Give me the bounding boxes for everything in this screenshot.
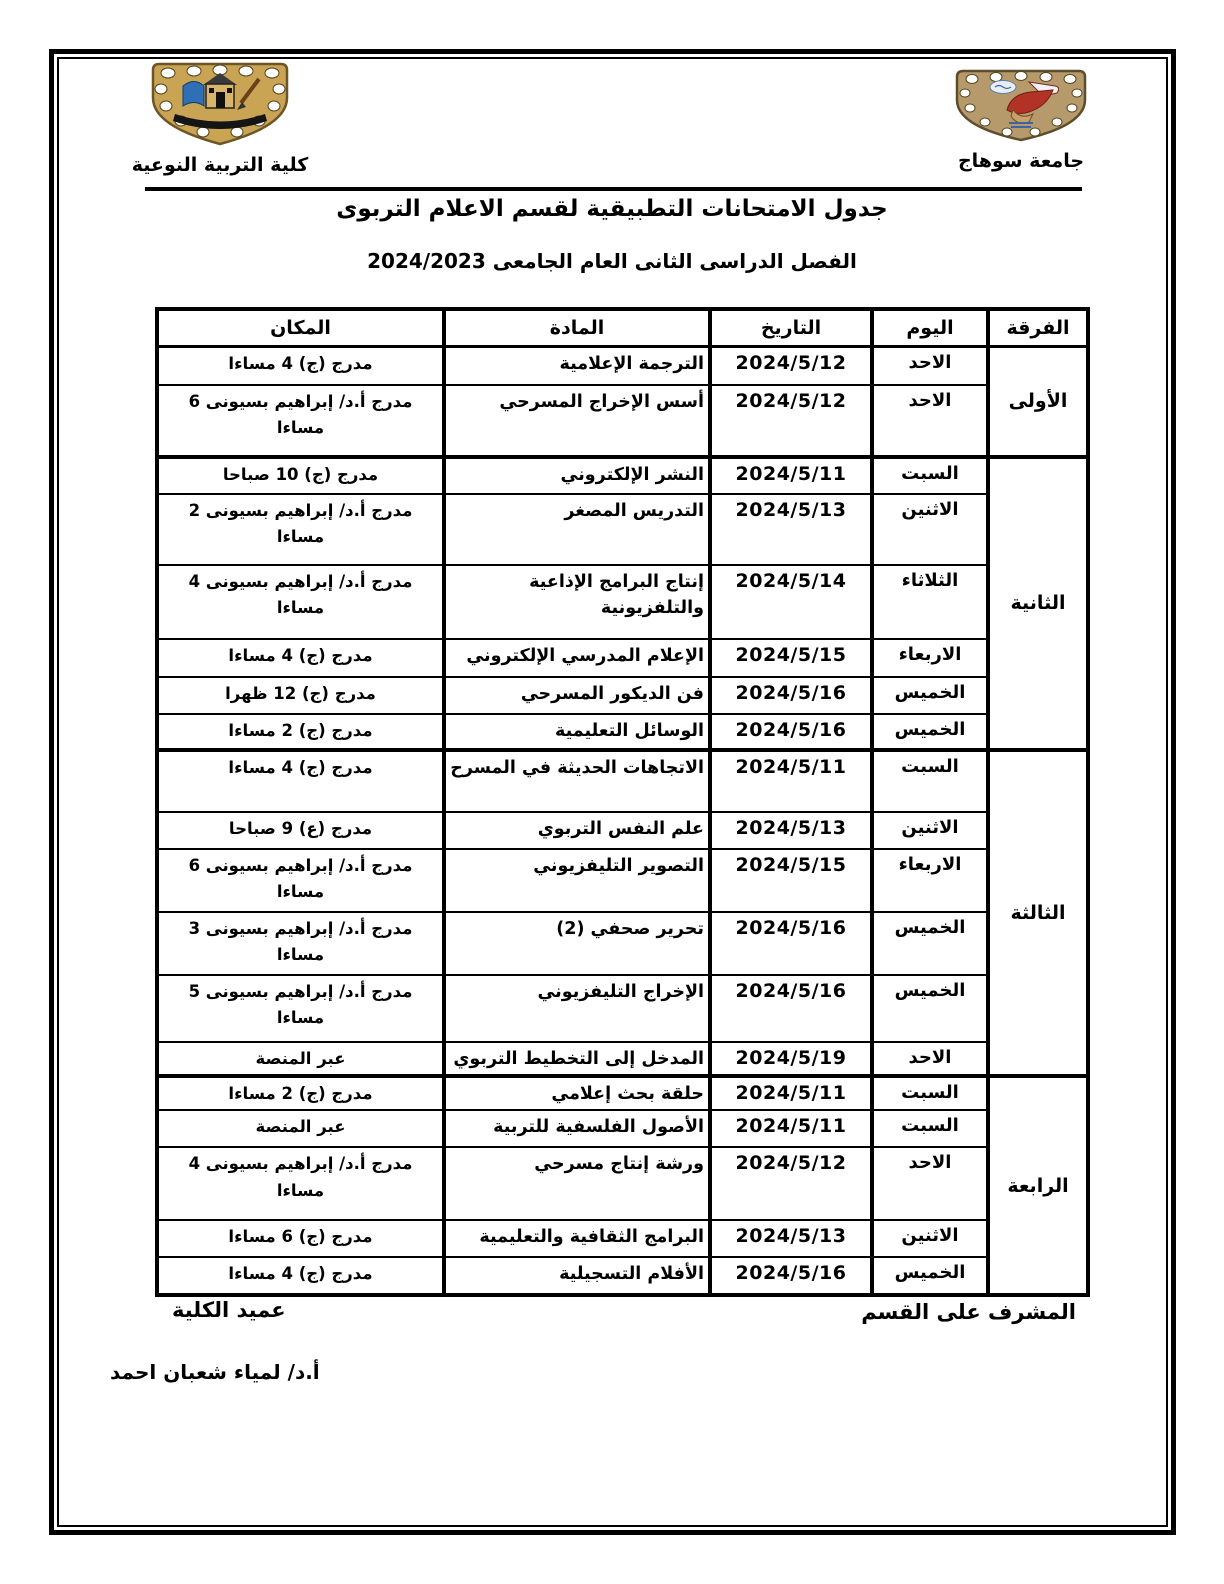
subject-cell: التصوير التليفزيوني xyxy=(444,849,710,912)
place-cell: مدرج (ج) 6 مساءا xyxy=(157,1220,444,1257)
table-row: الرابعة السبت 2024/5/11 حلقة بحث إعلامي … xyxy=(157,1076,1088,1110)
exam-schedule-table: الفرقة اليوم التاريخ المادة المكان الأول… xyxy=(155,307,1090,1297)
university-logo-icon xyxy=(951,66,1091,144)
dean-name: أ.د/ لمياء شعبان احمد xyxy=(110,1360,320,1384)
date-cell: 2024/5/12 xyxy=(710,1147,872,1220)
table-row: الثالثة السبت 2024/5/11 الاتجاهات الحديث… xyxy=(157,750,1088,812)
subject-cell: الإعلام المدرسي الإلكتروني xyxy=(444,639,710,677)
subject-cell: البرامج الثقافية والتعليمية xyxy=(444,1220,710,1257)
day-cell: السبت xyxy=(872,1076,988,1110)
day-cell: الاثنين xyxy=(872,494,988,565)
place-cell: مدرج (ج) 4 مساءا xyxy=(157,347,444,385)
place-cell: عبر المنصة xyxy=(157,1110,444,1147)
subject-cell: النشر الإلكتروني xyxy=(444,457,710,494)
place-cell: مدرج أ.د/ إبراهيم بسيونى 6 مساءا xyxy=(157,385,444,457)
year-cell: الرابعة xyxy=(988,1076,1088,1295)
faculty-block: كلية التربية النوعية xyxy=(108,58,332,176)
subject-cell: علم النفس التربوي xyxy=(444,812,710,849)
university-name: جامعة سوهاج xyxy=(946,150,1096,172)
col-header-year: الفرقة xyxy=(988,309,1088,347)
table-row: الأولى الاحد 2024/5/12 الترجمة الإعلامية… xyxy=(157,347,1088,385)
table-row: الخميس 2024/5/16 الوسائل التعليمية مدرج … xyxy=(157,714,1088,750)
subject-cell: المدخل إلى التخطيط التربوي xyxy=(444,1042,710,1076)
day-cell: الاحد xyxy=(872,347,988,385)
day-cell: الخميس xyxy=(872,975,988,1042)
header-divider xyxy=(145,187,1082,191)
table-row: الخميس 2024/5/16 فن الديكور المسرحي مدرج… xyxy=(157,677,1088,714)
document-page: كلية التربية النوعية جامعة سوهاج جدول ال xyxy=(0,0,1224,1584)
table-row: الاحد 2024/5/19 المدخل إلى التخطيط الترب… xyxy=(157,1042,1088,1076)
table-row: الخميس 2024/5/16 الأفلام التسجيلية مدرج … xyxy=(157,1257,1088,1295)
university-block: جامعة سوهاج xyxy=(946,66,1096,172)
date-cell: 2024/5/16 xyxy=(710,714,872,750)
day-cell: السبت xyxy=(872,457,988,494)
table-row: الاحد 2024/5/12 أسس الإخراج المسرحي مدرج… xyxy=(157,385,1088,457)
date-cell: 2024/5/13 xyxy=(710,812,872,849)
date-cell: 2024/5/15 xyxy=(710,849,872,912)
table-row: الاحد 2024/5/12 ورشة إنتاج مسرحي مدرج أ.… xyxy=(157,1147,1088,1220)
day-cell: الخميس xyxy=(872,714,988,750)
date-cell: 2024/5/16 xyxy=(710,975,872,1042)
table-row: الاربعاء 2024/5/15 الإعلام المدرسي الإلك… xyxy=(157,639,1088,677)
place-cell: مدرج (ج) 4 مساءا xyxy=(157,750,444,812)
date-cell: 2024/5/12 xyxy=(710,347,872,385)
date-cell: 2024/5/15 xyxy=(710,639,872,677)
place-cell: مدرج أ.د/ إبراهيم بسيونى 4 مساءا xyxy=(157,565,444,639)
place-cell: مدرج (ع) 9 صباحا xyxy=(157,812,444,849)
place-cell: مدرج (ج) 12 ظهرا xyxy=(157,677,444,714)
place-cell: مدرج (ج) 4 مساءا xyxy=(157,1257,444,1295)
subject-cell: الترجمة الإعلامية xyxy=(444,347,710,385)
table-row: الخميس 2024/5/16 الإخراج التليفزيوني مدر… xyxy=(157,975,1088,1042)
date-cell: 2024/5/16 xyxy=(710,912,872,975)
table-row: الاثنين 2024/5/13 البرامج الثقافية والتع… xyxy=(157,1220,1088,1257)
place-cell: مدرج أ.د/ إبراهيم بسيونى 5 مساءا xyxy=(157,975,444,1042)
date-cell: 2024/5/16 xyxy=(710,677,872,714)
table-row: الثانية السبت 2024/5/11 النشر الإلكتروني… xyxy=(157,457,1088,494)
place-cell: عبر المنصة xyxy=(157,1042,444,1076)
date-cell: 2024/5/13 xyxy=(710,1220,872,1257)
place-cell: مدرج أ.د/ إبراهيم بسيونى 6 مساءا xyxy=(157,849,444,912)
table-row: الاثنين 2024/5/13 علم النفس التربوي مدرج… xyxy=(157,812,1088,849)
table-header-row: الفرقة اليوم التاريخ المادة المكان xyxy=(157,309,1088,347)
day-cell: الاربعاء xyxy=(872,849,988,912)
subject-cell: الأصول الفلسفية للتربية xyxy=(444,1110,710,1147)
subject-cell: ورشة إنتاج مسرحي xyxy=(444,1147,710,1220)
date-cell: 2024/5/12 xyxy=(710,385,872,457)
date-cell: 2024/5/11 xyxy=(710,457,872,494)
faculty-name: كلية التربية النوعية xyxy=(108,154,332,176)
supervisor-label: المشرف على القسم xyxy=(840,1300,1076,1324)
day-cell: الخميس xyxy=(872,912,988,975)
date-cell: 2024/5/11 xyxy=(710,750,872,812)
day-cell: الخميس xyxy=(872,1257,988,1295)
subject-cell: الإخراج التليفزيوني xyxy=(444,975,710,1042)
year-cell: الأولى xyxy=(988,347,1088,457)
col-header-date: التاريخ xyxy=(710,309,872,347)
subject-cell: الأفلام التسجيلية xyxy=(444,1257,710,1295)
subject-cell: الاتجاهات الحديثة في المسرح xyxy=(444,750,710,812)
year-cell: الثالثة xyxy=(988,750,1088,1076)
col-header-subject: المادة xyxy=(444,309,710,347)
day-cell: الاثنين xyxy=(872,812,988,849)
place-cell: مدرج أ.د/ إبراهيم بسيونى 4 مساءا xyxy=(157,1147,444,1220)
place-cell: مدرج (ج) 4 مساءا xyxy=(157,639,444,677)
subject-cell: أسس الإخراج المسرحي xyxy=(444,385,710,457)
year-cell: الثانية xyxy=(988,457,1088,750)
date-cell: 2024/5/11 xyxy=(710,1110,872,1147)
day-cell: الثلاثاء xyxy=(872,565,988,639)
day-cell: الخميس xyxy=(872,677,988,714)
subject-cell: حلقة بحث إعلامي xyxy=(444,1076,710,1110)
day-cell: الاثنين xyxy=(872,1220,988,1257)
day-cell: الاحد xyxy=(872,1147,988,1220)
faculty-logo-icon xyxy=(145,58,295,148)
subject-cell: فن الديكور المسرحي xyxy=(444,677,710,714)
date-cell: 2024/5/11 xyxy=(710,1076,872,1110)
subject-cell: تحرير صحفي (2) xyxy=(444,912,710,975)
place-cell: مدرج (ج) 10 صباحا xyxy=(157,457,444,494)
col-header-place: المكان xyxy=(157,309,444,347)
table-row: الخميس 2024/5/16 تحرير صحفي (2) مدرج أ.د… xyxy=(157,912,1088,975)
day-cell: الاحد xyxy=(872,385,988,457)
date-cell: 2024/5/14 xyxy=(710,565,872,639)
col-header-day: اليوم xyxy=(872,309,988,347)
day-cell: السبت xyxy=(872,1110,988,1147)
date-cell: 2024/5/16 xyxy=(710,1257,872,1295)
place-cell: مدرج أ.د/ إبراهيم بسيونى 3 مساءا xyxy=(157,912,444,975)
place-cell: مدرج أ.د/ إبراهيم بسيونى 2 مساءا xyxy=(157,494,444,565)
page-title: جدول الامتحانات التطبيقية لقسم الاعلام ا… xyxy=(0,196,1224,222)
dean-label: عميد الكلية xyxy=(172,1298,286,1322)
date-cell: 2024/5/19 xyxy=(710,1042,872,1076)
place-cell: مدرج (ج) 2 مساءا xyxy=(157,714,444,750)
day-cell: السبت xyxy=(872,750,988,812)
place-cell: مدرج (ج) 2 مساءا xyxy=(157,1076,444,1110)
day-cell: الاحد xyxy=(872,1042,988,1076)
day-cell: الاربعاء xyxy=(872,639,988,677)
subject-cell: الوسائل التعليمية xyxy=(444,714,710,750)
date-cell: 2024/5/13 xyxy=(710,494,872,565)
table-row: الثلاثاء 2024/5/14 إنتاج البرامج الإذاعي… xyxy=(157,565,1088,639)
table-row: السبت 2024/5/11 الأصول الفلسفية للتربية … xyxy=(157,1110,1088,1147)
subject-cell: إنتاج البرامج الإذاعية والتلفزيونية xyxy=(444,565,710,639)
page-subtitle: الفصل الدراسى الثانى العام الجامعى 2024/… xyxy=(0,249,1224,273)
subject-cell: التدريس المصغر xyxy=(444,494,710,565)
table-row: الاثنين 2024/5/13 التدريس المصغر مدرج أ.… xyxy=(157,494,1088,565)
table-row: الاربعاء 2024/5/15 التصوير التليفزيوني م… xyxy=(157,849,1088,912)
